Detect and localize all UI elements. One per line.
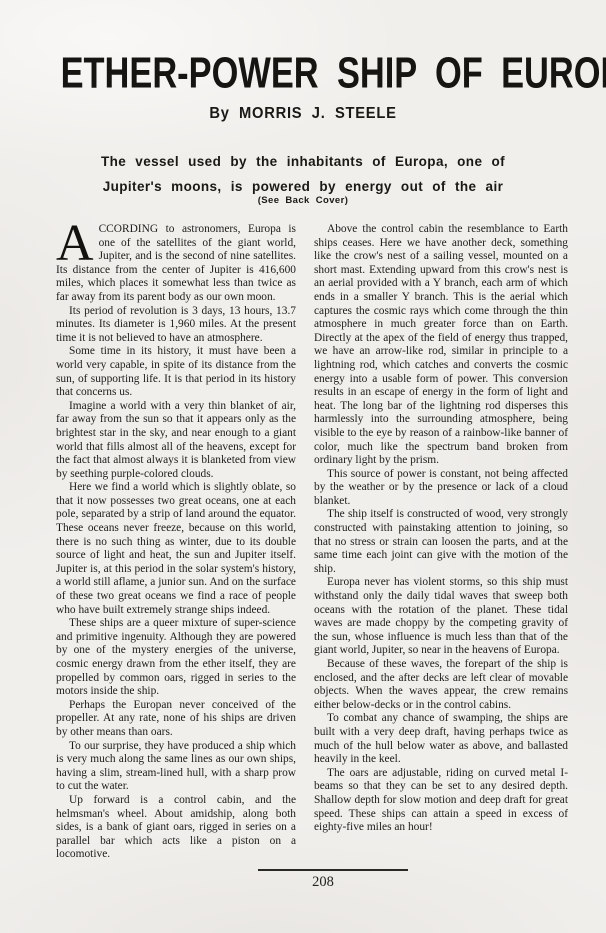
paragraph: Above the control cabin the resemblance … — [314, 223, 568, 468]
paragraph: Europa never has violent storms, so this… — [314, 576, 568, 658]
paragraph: Imagine a world with a very thin blanket… — [56, 400, 296, 482]
paragraph: These ships are a queer mixture of super… — [56, 617, 296, 699]
footer-rule — [258, 869, 408, 871]
left-column: ACCORDING to astronomers, Europa is one … — [56, 223, 296, 915]
paragraph: Its period of revolution is 3 days, 13 h… — [56, 305, 296, 346]
paragraph: Perhaps the Europan never conceived of t… — [56, 699, 296, 740]
paragraph: The oars are adjustable, riding on curve… — [314, 767, 568, 835]
left-paragraph-list: Its period of revolution is 3 days, 13 h… — [56, 305, 296, 862]
subtitle-line-1: The vessel used by the inhabitants of Eu… — [0, 149, 606, 174]
right-paragraph-list: Above the control cabin the resemblance … — [314, 223, 568, 835]
right-column: Above the control cabin the resemblance … — [314, 223, 568, 915]
masthead: ETHER-POWER SHIP OF EUROPA By MORRIS J. … — [0, 0, 606, 206]
subtitle: The vessel used by the inhabitants of Eu… — [0, 149, 606, 199]
article-body: ACCORDING to astronomers, Europa is one … — [56, 223, 568, 915]
paragraph: To combat any chance of swamping, the sh… — [314, 712, 568, 766]
paragraph: Some time in its history, it must have b… — [56, 345, 296, 399]
paragraph: Because of these waves, the forepart of … — [314, 658, 568, 712]
paragraph: The ship itself is constructed of wood, … — [314, 508, 568, 576]
opening-paragraph: ACCORDING to astronomers, Europa is one … — [56, 223, 296, 305]
paragraph: Up forward is a control cabin, and the h… — [56, 794, 296, 862]
paragraph: Here we find a world which is slightly o… — [56, 481, 296, 617]
magazine-page: ETHER-POWER SHIP OF EUROPA By MORRIS J. … — [0, 0, 606, 933]
paragraph: This source of power is constant, not be… — [314, 468, 568, 509]
paragraph: To our surprise, they have produced a sh… — [56, 740, 296, 794]
drop-cap-letter: A — [56, 223, 99, 263]
byline: By MORRIS J. STEELE — [24, 105, 582, 123]
page-number: 208 — [300, 874, 346, 891]
cover-note: (See Back Cover) — [0, 196, 606, 206]
article-title: ETHER-POWER SHIP OF EUROPA — [61, 52, 546, 96]
